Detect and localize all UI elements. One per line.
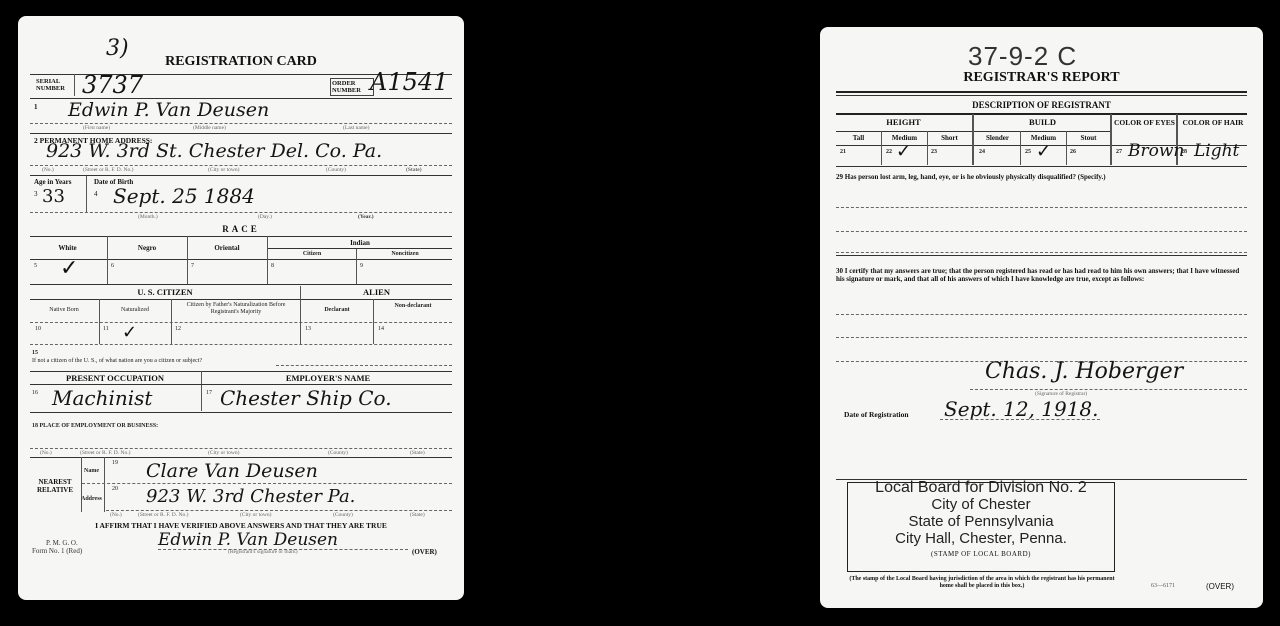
race-negro-label: Negro — [108, 244, 186, 252]
field-number: 23 — [931, 149, 937, 155]
field-number: 3 — [34, 190, 38, 198]
caption-city: (City or town) — [208, 167, 239, 173]
build-stout-label: Stout — [1067, 134, 1110, 142]
caption-city: (City or town) — [208, 450, 239, 456]
caption-state: (State) — [410, 450, 425, 456]
caption-street: (Street or R. F. D. No.) — [138, 512, 188, 518]
caption-city: (City or town) — [240, 512, 271, 518]
caption-street: (Street or R. F. D. No.) — [80, 450, 130, 456]
caption-middle-name: (Middle name) — [193, 125, 226, 131]
race-white-label: White — [30, 244, 105, 252]
caption-no: (No.) — [110, 512, 122, 518]
registrar-report-title: REGISTRAR'S REPORT — [820, 70, 1263, 86]
field-number: 27 — [1116, 149, 1122, 155]
us-citizen-header: U. S. CITIZEN — [30, 287, 300, 297]
stamp-line: City Hall, Chester, Penna. — [848, 530, 1114, 547]
field-number: 10 — [35, 326, 41, 332]
stamp-note: (The stamp of the Local Board having jur… — [842, 576, 1122, 590]
alien-header: ALIEN — [301, 287, 452, 297]
field-number: 19 — [112, 460, 118, 466]
serial-number-label: SERIAL NUMBER — [36, 78, 76, 92]
eyes-color-header: COLOR OF EYES — [1113, 119, 1176, 127]
race-indian-noncitizen-label: Noncitizen — [358, 251, 452, 257]
nation-question: If not a citizen of the U. S., of what n… — [32, 358, 202, 364]
relative-name-value: Clare Van Deusen — [146, 460, 318, 482]
caption-first-name: (First name) — [83, 125, 110, 131]
caption-day: (Day.) — [258, 214, 272, 220]
caption-street: (Street or R. F. D. No.) — [83, 167, 133, 173]
build-header: BUILD — [975, 117, 1110, 127]
field-number: 14 — [378, 326, 384, 332]
height-medium-checkmark-icon: ✓ — [896, 141, 911, 162]
caption-month: (Month.) — [138, 214, 158, 220]
caption-state: (State) — [410, 512, 425, 518]
eye-color-value: Brown — [1128, 141, 1184, 161]
stamp-line: State of Pennsylvania — [848, 513, 1114, 530]
form-number: Form No. 1 (Red) — [32, 547, 82, 555]
file-number: 37-9-2 C — [968, 41, 1077, 72]
age-value: 33 — [42, 186, 65, 207]
height-short-label: Short — [928, 134, 971, 142]
height-header: HEIGHT — [836, 117, 971, 127]
caption-no: (No.) — [42, 167, 54, 173]
race-oriental-label: Oriental — [188, 244, 266, 252]
registrant-signature: Edwin P. Van Deusen — [158, 530, 338, 550]
field-number: 6 — [111, 263, 114, 269]
field-number: 1 — [34, 103, 38, 111]
race-indian-label: Indian — [268, 239, 452, 247]
signature-caption: (Registrant's signature or mark) — [228, 549, 298, 555]
stamp-caption: (STAMP OF LOCAL BOARD) — [848, 550, 1114, 558]
hair-color-value: Light — [1194, 141, 1239, 161]
serial-number-value: 3737 — [82, 71, 143, 99]
naturalized-label: Naturalized — [100, 307, 170, 313]
relative-address-label: Address — [81, 496, 102, 502]
field-number: 12 — [175, 326, 181, 332]
nearest-relative-label: NEAREST RELATIVE — [30, 478, 80, 494]
naturalized-checkmark-icon: ✓ — [122, 322, 137, 343]
over-label: (OVER) — [1206, 582, 1234, 591]
field-number: 9 — [360, 263, 363, 269]
race-header: RACE — [18, 224, 464, 234]
registrar-certification: 30 I certify that my answers are true; t… — [836, 267, 1246, 283]
order-number-value: A1541 — [370, 68, 448, 96]
field-number: 24 — [979, 149, 985, 155]
description-header: DESCRIPTION OF REGISTRANT — [820, 100, 1263, 110]
date-of-registration-label: Date of Registration — [844, 410, 909, 419]
field-number: 13 — [305, 326, 311, 332]
citizen-by-father-label: Citizen by Father's Naturalization Befor… — [172, 302, 300, 316]
home-address-value: 923 W. 3rd St. Chester Del. Co. Pa. — [46, 140, 382, 162]
field-number: 5 — [34, 263, 37, 269]
print-code: 63—6171 — [1151, 583, 1175, 589]
occupation-header: PRESENT OCCUPATION — [30, 373, 200, 383]
field-number: 17 — [206, 390, 212, 396]
field-number: 20 — [112, 486, 118, 492]
relative-address-value: 923 W. 3rd Chester Pa. — [146, 486, 355, 507]
non-declarant-label: Non-declarant — [374, 302, 452, 310]
field-number: 4 — [94, 190, 98, 198]
date-of-registration-value: Sept. 12, 1918. — [944, 397, 1099, 421]
native-born-label: Native Born — [30, 307, 98, 313]
field-number: 8 — [271, 263, 274, 269]
employer-header: EMPLOYER'S NAME — [204, 373, 452, 383]
affirmation-text: I AFFIRM THAT I HAVE VERIFIED ABOVE ANSW… — [18, 521, 464, 530]
field-number: 26 — [1070, 149, 1076, 155]
caption-county: (County) — [328, 450, 348, 456]
form-agency: P. M. G. O. — [46, 539, 78, 547]
physical-disqualification-question: 29 Has person lost arm, leg, hand, eye, … — [836, 173, 1246, 181]
field-number: 21 — [840, 149, 846, 155]
field-number: 11 — [103, 326, 109, 332]
field-number: 28 — [1181, 149, 1187, 155]
build-slender-label: Slender — [975, 134, 1020, 142]
caption-no: (No.) — [40, 450, 52, 456]
white-checkmark-icon: ✓ — [60, 256, 78, 281]
caption-last-name: (Last name) — [343, 125, 369, 131]
caption-county: (County) — [326, 167, 346, 173]
field-number: 25 — [1025, 149, 1031, 155]
relative-name-label: Name — [84, 468, 99, 474]
stamp-line: Local Board for Division No. 2 — [848, 479, 1114, 496]
race-indian-citizen-label: Citizen — [268, 251, 356, 257]
registration-card-front: 3) REGISTRATION CARD SERIAL NUMBER 3737 … — [18, 16, 464, 600]
build-medium-checkmark-icon: ✓ — [1036, 141, 1051, 162]
height-tall-label: Tall — [836, 134, 881, 142]
field-number: 15 — [32, 350, 38, 356]
caption-county: (County) — [333, 512, 353, 518]
order-number-label: ORDER NUMBER — [330, 78, 374, 96]
registrar-signature: Chas. J. Hoberger — [985, 359, 1183, 384]
stamp-line: City of Chester — [848, 496, 1114, 513]
caption-state: (State) — [406, 167, 422, 173]
registration-card-back: 37-9-2 C REGISTRAR'S REPORT DESCRIPTION … — [820, 27, 1263, 608]
field-number: 16 — [32, 390, 38, 396]
declarant-label: Declarant — [301, 307, 373, 313]
over-label: (OVER) — [412, 548, 437, 556]
place-of-employment-label: 18 PLACE OF EMPLOYMENT OR BUSINESS: — [32, 423, 158, 429]
age-label: Age in Years — [34, 178, 71, 186]
field-number: 7 — [191, 263, 194, 269]
field-number: 22 — [886, 149, 892, 155]
dob-value: Sept. 25 1884 — [113, 184, 255, 208]
employer-value: Chester Ship Co. — [220, 386, 392, 410]
registrant-name: Edwin P. Van Deusen — [68, 99, 269, 121]
local-board-stamp: Local Board for Division No. 2 City of C… — [847, 482, 1115, 572]
occupation-value: Machinist — [52, 386, 152, 410]
caption-year: (Year.) — [358, 214, 374, 220]
hair-color-header: COLOR OF HAIR — [1178, 119, 1248, 127]
